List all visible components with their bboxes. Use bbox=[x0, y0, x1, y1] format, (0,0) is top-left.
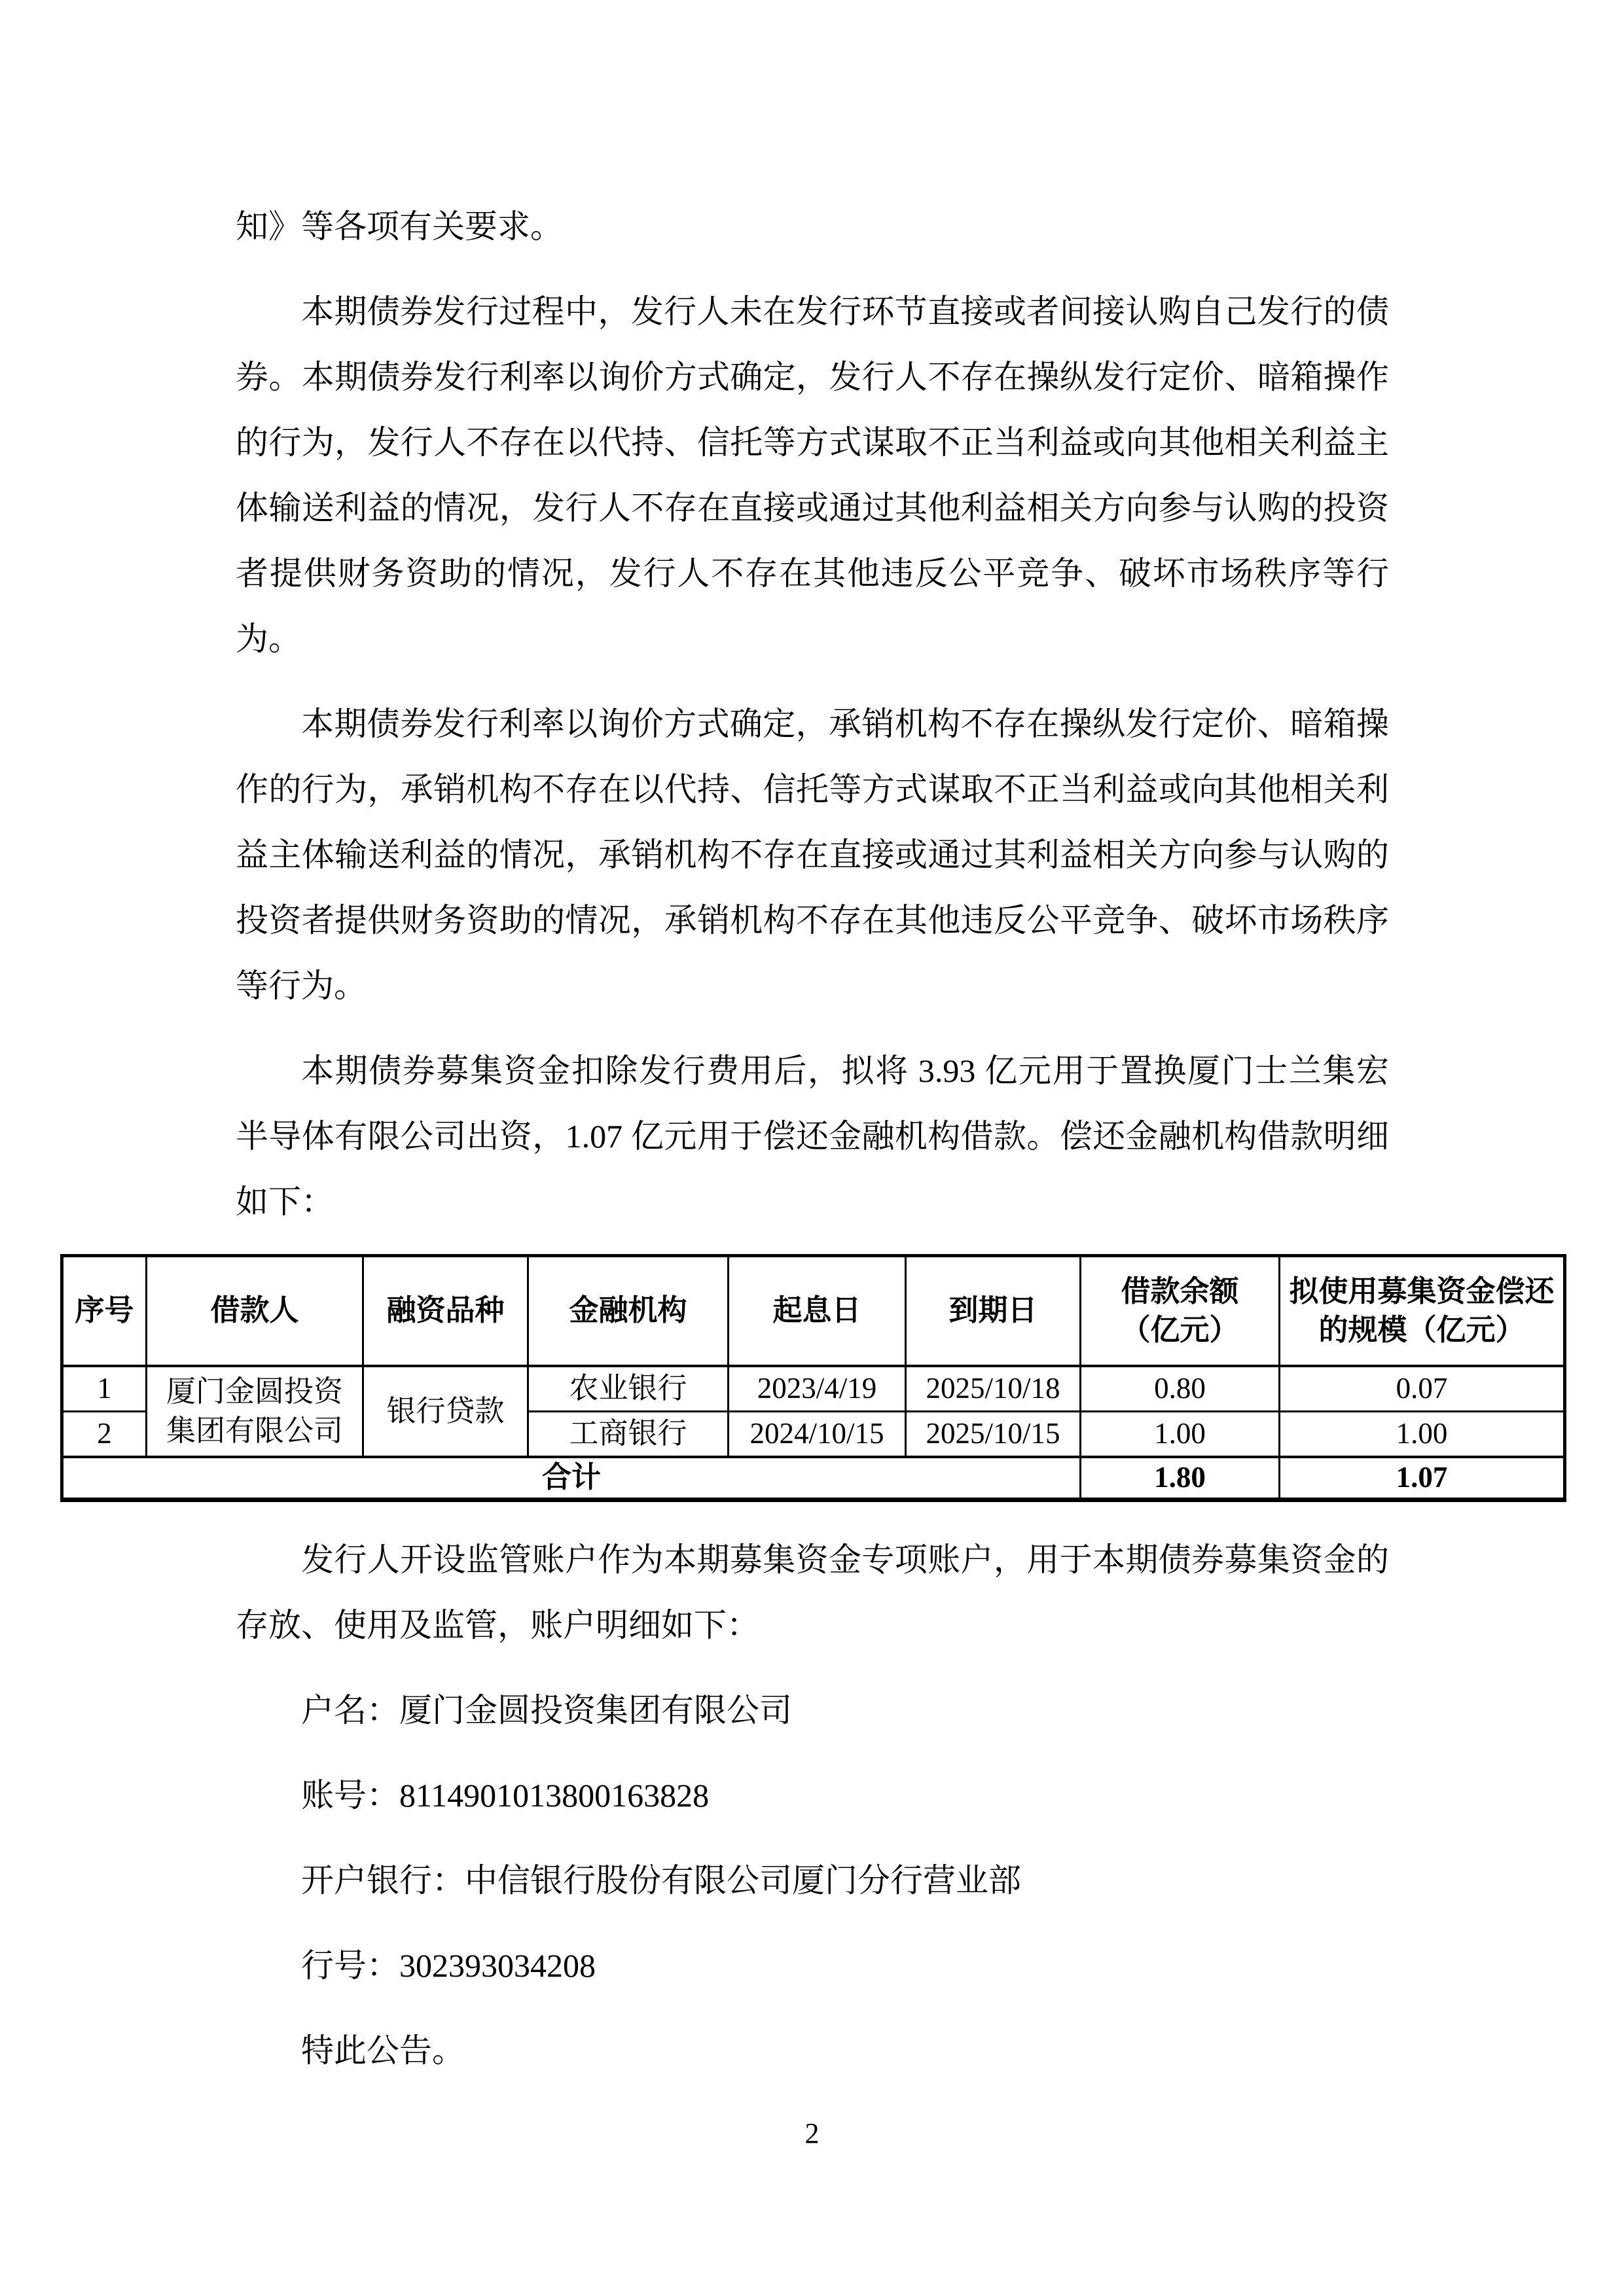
header-repay-scale: 拟使用募集资金偿还 的规模（亿元） bbox=[1280, 1256, 1565, 1367]
cell-total-balance: 1.80 bbox=[1081, 1457, 1280, 1500]
cell-repay-2: 1.00 bbox=[1280, 1412, 1565, 1458]
cell-total-repay: 1.07 bbox=[1280, 1457, 1565, 1500]
header-maturity-date: 到期日 bbox=[906, 1256, 1081, 1367]
upper-body-text: 知》等各项有关要求。 本期债券发行过程中，发行人未在发行环节直接或者间接认购自己… bbox=[236, 194, 1389, 1234]
cell-institution-2: 工商银行 bbox=[528, 1412, 729, 1458]
paragraph-escrow-account: 发行人开设监管账户作为本期募集资金专项账户，用于本期债券募集资金的存放、使用及监… bbox=[236, 1527, 1389, 1658]
announcement-closing-line: 特此公告。 bbox=[236, 2018, 1389, 2083]
header-institution: 金融机构 bbox=[528, 1256, 729, 1367]
cell-institution-1: 农业银行 bbox=[528, 1366, 729, 1412]
header-product: 融资品种 bbox=[363, 1256, 528, 1367]
paragraph-underwriter-compliance: 本期债券发行利率以询价方式确定，承销机构不存在操纵发行定价、暗箱操作的行为，承销… bbox=[236, 691, 1389, 1018]
cell-maturity-date-1: 2025/10/18 bbox=[906, 1366, 1081, 1412]
cell-seq-2: 2 bbox=[62, 1412, 147, 1458]
cell-maturity-date-2: 2025/10/15 bbox=[906, 1412, 1081, 1458]
table-header-row: 序号 借款人 融资品种 金融机构 起息日 到期日 借款余额 （亿元） 拟使用募集… bbox=[62, 1256, 1565, 1367]
header-value-date: 起息日 bbox=[729, 1256, 906, 1367]
paragraph-issuer-compliance: 本期债券发行过程中，发行人未在发行环节直接或者间接认购自己发行的债券。本期债券发… bbox=[236, 279, 1389, 672]
header-seq: 序号 bbox=[62, 1256, 147, 1367]
bank-code-line: 行号：302393034208 bbox=[236, 1933, 1389, 1998]
cell-value-date-1: 2023/4/19 bbox=[729, 1366, 906, 1412]
document-page: 知》等各项有关要求。 本期债券发行过程中，发行人未在发行环节直接或者间接认购自己… bbox=[0, 0, 1624, 2296]
loan-repayment-table: 序号 借款人 融资品种 金融机构 起息日 到期日 借款余额 （亿元） 拟使用募集… bbox=[60, 1254, 1566, 1502]
lower-body-text: 发行人开设监管账户作为本期募集资金专项账户，用于本期债券募集资金的存放、使用及监… bbox=[236, 1527, 1389, 2083]
account-bank-line: 开户银行：中信银行股份有限公司厦门分行营业部 bbox=[236, 1848, 1389, 1913]
cell-borrower: 厦门金圆投资 集团有限公司 bbox=[147, 1366, 363, 1457]
paragraph-use-of-proceeds: 本期债券募集资金扣除发行费用后，拟将 3.93 亿元用于置换厦门士兰集宏半导体有… bbox=[236, 1038, 1389, 1234]
cell-total-label: 合计 bbox=[62, 1457, 1081, 1500]
cell-balance-2: 1.00 bbox=[1081, 1412, 1280, 1458]
cell-balance-1: 0.80 bbox=[1081, 1366, 1280, 1412]
cell-value-date-2: 2024/10/15 bbox=[729, 1412, 906, 1458]
account-holder-line: 户名：厦门金圆投资集团有限公司 bbox=[236, 1677, 1389, 1743]
header-balance: 借款余额 （亿元） bbox=[1081, 1256, 1280, 1367]
account-number-line: 账号：8114901013800163828 bbox=[236, 1763, 1389, 1828]
header-borrower: 借款人 bbox=[147, 1256, 363, 1367]
cell-repay-1: 0.07 bbox=[1280, 1366, 1565, 1412]
table-row-1: 1 厦门金圆投资 集团有限公司 银行贷款 农业银行 2023/4/19 2025… bbox=[62, 1366, 1565, 1412]
table-total-row: 合计 1.80 1.07 bbox=[62, 1457, 1565, 1500]
page-number: 2 bbox=[0, 2114, 1624, 2153]
cell-product: 银行贷款 bbox=[363, 1366, 528, 1457]
cell-seq-1: 1 bbox=[62, 1366, 147, 1412]
paragraph-continuation: 知》等各项有关要求。 bbox=[236, 194, 1389, 259]
